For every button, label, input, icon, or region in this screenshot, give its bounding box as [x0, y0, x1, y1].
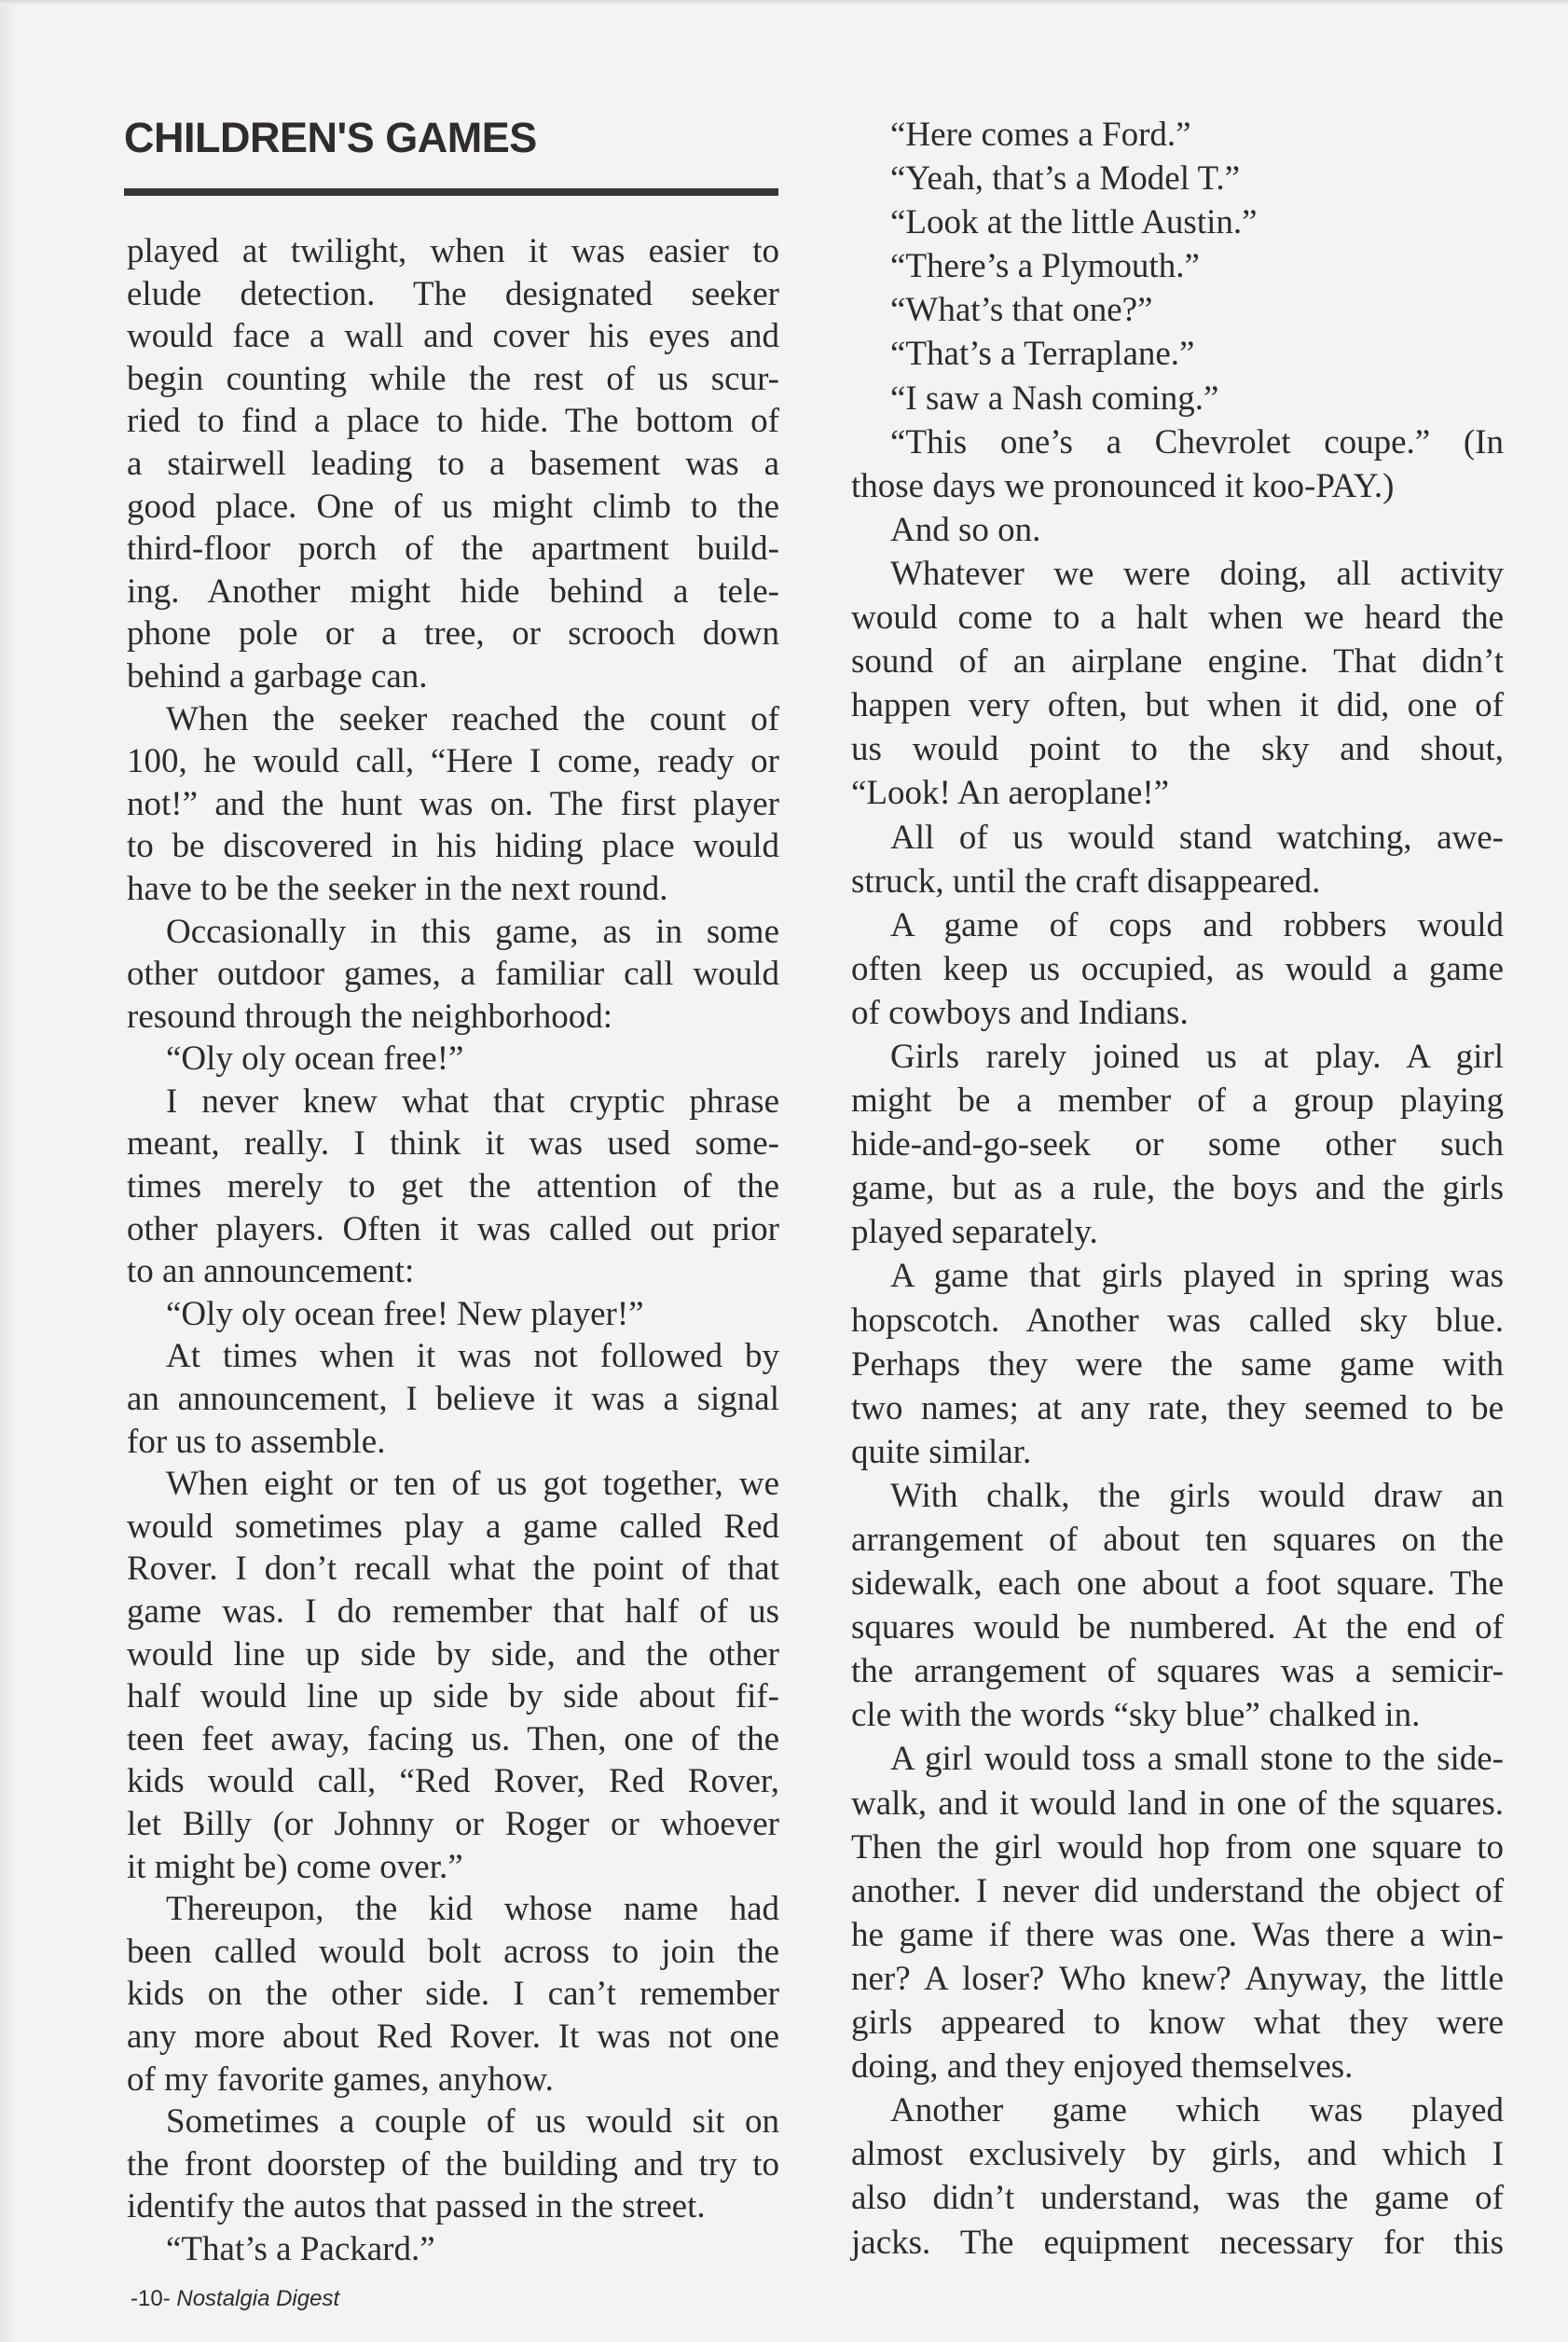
text-line: “There’s a Plymouth.” — [851, 244, 1504, 288]
text-line: other outdoor games, a familiar call wou… — [127, 953, 779, 996]
text-line: other players. Often it was called out p… — [127, 1208, 779, 1251]
text-line: resound through the neighborhood: — [127, 996, 779, 1039]
text-line: game was. I do remember that half of us — [127, 1591, 779, 1633]
text-line: doing, and they enjoyed themselves. — [851, 2045, 1504, 2088]
text-line: often keep us occupied, as would a game — [851, 947, 1504, 991]
text-line: “What’s that one?” — [851, 288, 1504, 332]
text-line: half would line up side by side about fi… — [127, 1675, 779, 1718]
text-line: “Oly oly ocean free! New player!” — [127, 1293, 779, 1336]
text-line: third-floor porch of the apartment build… — [127, 528, 779, 571]
text-line: Sometimes a couple of us would sit on — [127, 2101, 779, 2143]
text-line: would line up side by side, and the othe… — [127, 1633, 779, 1676]
text-line: played separately. — [851, 1210, 1504, 1254]
page-edge-shadow — [0, 0, 17, 2342]
text-line: Whatever we were doing, all activity — [851, 552, 1504, 596]
text-line: girls appeared to know what they were — [851, 2001, 1504, 2045]
text-line: for us to assemble. — [127, 1421, 779, 1464]
text-line: teen feet away, facing us. Then, one of … — [127, 1718, 779, 1761]
text-line: kids would call, “Red Rover, Red Rover, — [127, 1760, 779, 1803]
text-line: not!” and the hunt was on. The first pla… — [127, 783, 779, 826]
text-line: Thereupon, the kid whose name had — [127, 1888, 779, 1931]
text-line: When the seeker reached the count of — [127, 698, 779, 741]
text-line: good place. One of us might climb to the — [127, 486, 779, 529]
text-line: And so on. — [851, 508, 1504, 552]
text-line: behind a garbage can. — [127, 655, 779, 698]
text-line: another. I never did understand the obje… — [851, 1869, 1504, 1913]
text-line: a stairwell leading to a basement was a — [127, 443, 779, 486]
text-line: When eight or ten of us got together, we — [127, 1463, 779, 1506]
page-number: -10- — [131, 2286, 171, 2311]
text-line: A girl would toss a small stone to the s… — [851, 1737, 1504, 1781]
text-line: times merely to get the attention of the — [127, 1165, 779, 1208]
page-footer: -10- Nostalgia Digest — [131, 2286, 339, 2312]
text-line: At times when it was not followed by — [127, 1335, 779, 1378]
text-line: “That’s a Terraplane.” — [851, 332, 1504, 376]
text-line: ing. Another might hide behind a tele- — [127, 571, 779, 613]
section-title: CHILDREN'S GAMES — [124, 114, 537, 162]
text-line: identify the autos that passed in the st… — [127, 2185, 779, 2228]
text-line: hopscotch. Another was called sky blue. — [851, 1299, 1504, 1343]
text-line: Another game which was played — [851, 2088, 1504, 2132]
title-rule-divider — [124, 188, 778, 196]
text-line: he game if there was one. Was there a wi… — [851, 1913, 1504, 1957]
text-line: it might be) come over.” — [127, 1846, 779, 1889]
text-line: A game of cops and robbers would — [851, 903, 1504, 947]
text-line: phone pole or a tree, or scrooch down — [127, 613, 779, 655]
text-line: sound of an airplane engine. That didn’t — [851, 640, 1504, 683]
text-line: Girls rarely joined us at play. A girl — [851, 1035, 1504, 1079]
left-text-column: played at twilight, when it was easier t… — [127, 230, 779, 2271]
text-line: of cowboys and Indians. — [851, 991, 1504, 1035]
text-line: would face a wall and cover his eyes and — [127, 315, 779, 358]
text-line: Then the girl would hop from one square … — [851, 1825, 1504, 1869]
text-line: played at twilight, when it was easier t… — [127, 230, 779, 273]
text-line: might be a member of a group playing — [851, 1079, 1504, 1123]
text-line: “Look at the little Austin.” — [851, 200, 1504, 244]
text-line: “I saw a Nash coming.” — [851, 377, 1504, 420]
text-line: to be discovered in his hiding place wou… — [127, 825, 779, 868]
text-line: I never knew what that cryptic phrase — [127, 1081, 779, 1123]
text-line: Rover. I don’t recall what the point of … — [127, 1548, 779, 1591]
text-line: sidewalk, each one about a foot square. … — [851, 1562, 1504, 1605]
text-line: almost exclusively by girls, and which I — [851, 2132, 1504, 2176]
text-line: meant, really. I think it was used some- — [127, 1123, 779, 1165]
right-text-column: “Here comes a Ford.”“Yeah, that’s a Mode… — [851, 113, 1504, 2265]
text-line: All of us would stand watching, awe- — [851, 816, 1504, 860]
text-line: to an announcement: — [127, 1250, 779, 1293]
text-line: “Yeah, that’s a Model T.” — [851, 157, 1504, 200]
text-line: arrangement of about ten squares on the — [851, 1518, 1504, 1562]
text-line: have to be the seeker in the next round. — [127, 868, 779, 911]
text-line: With chalk, the girls would draw an — [851, 1474, 1504, 1518]
text-line: us would point to the sky and shout, — [851, 727, 1504, 771]
text-line: squares would be numbered. At the end of — [851, 1605, 1504, 1649]
text-line: also didn’t understand, was the game of — [851, 2176, 1504, 2220]
text-line: “Oly oly ocean free!” — [127, 1038, 779, 1081]
text-line: those days we pronounced it koo-PAY.) — [851, 464, 1504, 508]
text-line: A game that girls played in spring was — [851, 1254, 1504, 1298]
text-line: game, but as a rule, the boys and the gi… — [851, 1166, 1504, 1210]
text-line: elude detection. The designated seeker — [127, 273, 779, 316]
text-line: two names; at any rate, they seemed to b… — [851, 1386, 1504, 1430]
text-line: the front doorstep of the building and t… — [127, 2143, 779, 2186]
text-line: walk, and it would land in one of the sq… — [851, 1782, 1504, 1825]
text-line: Perhaps they were the same game with — [851, 1343, 1504, 1386]
text-line: would come to a halt when we heard the — [851, 596, 1504, 640]
text-line: “This one’s a Chevrolet coupe.” (In — [851, 420, 1504, 464]
text-line: cle with the words “sky blue” chalked in… — [851, 1693, 1504, 1737]
text-line: ner? A loser? Who knew? Anyway, the litt… — [851, 1957, 1504, 2001]
text-line: ried to find a place to hide. The bottom… — [127, 400, 779, 443]
text-line: the arrangement of squares was a semicir… — [851, 1649, 1504, 1693]
text-line: hide-and-go-seek or some other such — [851, 1123, 1504, 1166]
text-line: of my favorite games, anyhow. — [127, 2059, 779, 2101]
page-top-edge — [0, 0, 1568, 6]
text-line: let Billy (or Johnny or Roger or whoever — [127, 1803, 779, 1846]
text-line: been called would bolt across to join th… — [127, 1931, 779, 1974]
text-line: “That’s a Packard.” — [127, 2228, 779, 2271]
text-line: quite similar. — [851, 1430, 1504, 1474]
text-line: happen very often, but when it did, one … — [851, 683, 1504, 727]
text-line: an announcement, I believe it was a sign… — [127, 1378, 779, 1421]
publication-name: Nostalgia Digest — [176, 2286, 339, 2311]
text-line: would sometimes play a game called Red — [127, 1506, 779, 1549]
text-line: kids on the other side. I can’t remember — [127, 1973, 779, 2016]
text-line: struck, until the craft disappeared. — [851, 860, 1504, 903]
text-line: Occasionally in this game, as in some — [127, 911, 779, 954]
text-line: “Look! An aeroplane!” — [851, 771, 1504, 815]
text-line: jacks. The equipment necessary for this — [851, 2221, 1504, 2265]
text-line: any more about Red Rover. It was not one — [127, 2016, 779, 2059]
text-line: begin counting while the rest of us scur… — [127, 358, 779, 401]
text-line: 100, he would call, “Here I come, ready … — [127, 740, 779, 783]
text-line: “Here comes a Ford.” — [851, 113, 1504, 157]
